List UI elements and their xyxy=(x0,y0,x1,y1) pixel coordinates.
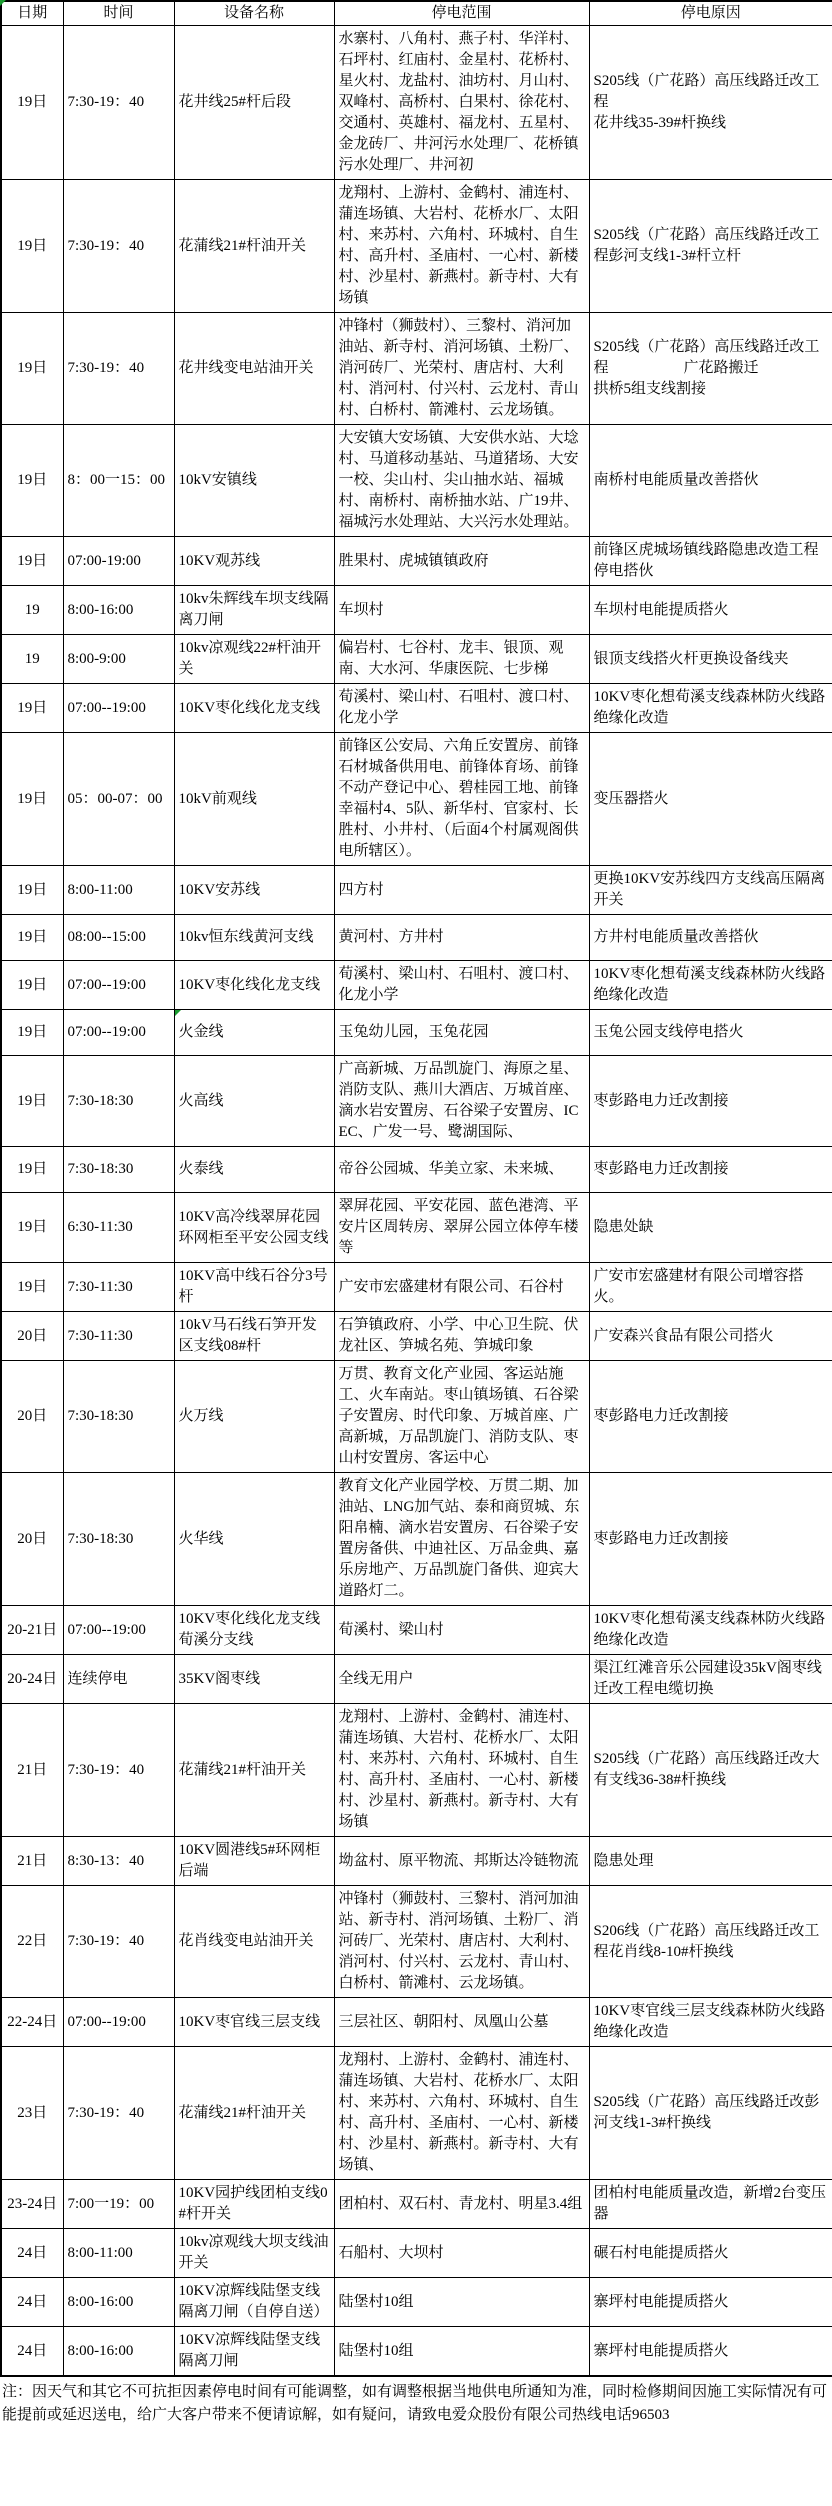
cell-reason: S205线（广花路）高压线路迁改工程彭河支线1-3#杆立杆 xyxy=(589,180,832,313)
table-row: 19日8：00一15：0010kV安镇线大安镇大安场镇、大安供水站、大埝村、马道… xyxy=(1,425,832,537)
cell-time: 8:00-16:00 xyxy=(63,2327,174,2377)
cell-scope: 龙翔村、上游村、金鹤村、浦连村、蒲连场镇、大岩村、花桥水厂、太阳村、来苏村、六角… xyxy=(334,1704,589,1837)
cell-date: 19日 xyxy=(1,26,63,180)
cell-scope: 教育文化产业园学校、万贯二期、加油站、LNG加气站、泰和商贸城、东阳帛楠、滴水岩… xyxy=(334,1473,589,1606)
cell-scope: 冲锋村（狮鼓村）、三黎村、消河加油站、新寺村、消河场镇、土粉厂、消河砖厂、光荣村… xyxy=(334,313,589,425)
cell-date: 20日 xyxy=(1,1312,63,1361)
cell-scope: 荀溪村、梁山村 xyxy=(334,1606,589,1655)
table-row: 20日7:30-11:3010kV马石线石笋开发区支线08#杆石笋镇政府、小学、… xyxy=(1,1312,832,1361)
cell-time: 07:00--19:00 xyxy=(63,1010,174,1056)
cell-date: 19日 xyxy=(1,1010,63,1056)
cell-device: 花井线25#杆后段 xyxy=(174,26,334,180)
table-row: 19日7:30-11:3010KV高中线石谷分3号杆广安市宏盛建材有限公司、石谷… xyxy=(1,1263,832,1312)
cell-reason: S206线（广花路）高压线路迁改工程花肖线8-10#杆换线 xyxy=(589,1886,832,1998)
cell-date: 24日 xyxy=(1,2229,63,2278)
cell-scope: 广安市宏盛建材有限公司、石谷村 xyxy=(334,1263,589,1312)
table-row: 19日7:30-19：40花井线25#杆后段水寨村、八角村、燕子村、华洋村、石坪… xyxy=(1,26,832,180)
cell-comment-marker-icon xyxy=(175,1010,181,1016)
cell-scope: 龙翔村、上游村、金鹤村、浦连村、蒲连场镇、大岩村、花桥水厂、太阳村、来苏村、六角… xyxy=(334,180,589,313)
cell-date: 24日 xyxy=(1,2278,63,2327)
cell-date: 19日 xyxy=(1,180,63,313)
cell-time: 8:00-16:00 xyxy=(63,2278,174,2327)
cell-date: 22-24日 xyxy=(1,1998,63,2047)
cell-device: 10KV枣化线化龙支线荀溪分支线 xyxy=(174,1606,334,1655)
cell-reason: 广安森兴食品有限公司搭火 xyxy=(589,1312,832,1361)
cell-reason: 寨坪村电能提质搭火 xyxy=(589,2327,832,2377)
table-row: 24日8:00-16:0010KV凉辉线陆堡支线隔离刀闸陆堡村10组寨坪村电能提… xyxy=(1,2327,832,2377)
cell-device: 花蒲线21#杆油开关 xyxy=(174,180,334,313)
cell-reason: 隐患处理 xyxy=(589,1837,832,1886)
cell-reason: 隐患处缺 xyxy=(589,1193,832,1263)
cell-date: 19日 xyxy=(1,1263,63,1312)
table-row: 20-21日07:00--19:0010KV枣化线化龙支线荀溪分支线荀溪村、梁山… xyxy=(1,1606,832,1655)
cell-reason: 10KV枣官线三层支线森林防火线路绝缘化改造 xyxy=(589,1998,832,2047)
cell-scope: 龙翔村、上游村、金鹤村、浦连村、蒲连场镇、大岩村、花桥水厂、太阳村、来苏村、六角… xyxy=(334,2047,589,2180)
cell-time: 8:00-9:00 xyxy=(63,635,174,684)
cell-device: 火泰线 xyxy=(174,1147,334,1193)
cell-device: 花井线变电站油开关 xyxy=(174,313,334,425)
cell-time: 8:00-11:00 xyxy=(63,866,174,915)
cell-scope: 荀溪村、梁山村、石咀村、渡口村、化龙小学 xyxy=(334,684,589,733)
table-row: 22日7:30-19：40花肖线变电站油开关冲锋村（狮鼓村、三黎村、消河加油站、… xyxy=(1,1886,832,1998)
cell-time: 7:30-18:30 xyxy=(63,1361,174,1473)
cell-device: 10KV枣化线化龙支线 xyxy=(174,684,334,733)
table-row: 19日07:00--19:0010KV枣化线化龙支线荀溪村、梁山村、石咀村、渡口… xyxy=(1,961,832,1010)
cell-reason: 碾石村电能提质搭火 xyxy=(589,2229,832,2278)
cell-reason: 银顶支线搭火杆更换设备线夹 xyxy=(589,635,832,684)
cell-device: 10KV高冷线翠屏花园环网柜至平安公园支线 xyxy=(174,1193,334,1263)
cell-device: 花蒲线21#杆油开关 xyxy=(174,1704,334,1837)
cell-time: 7:30-18:30 xyxy=(63,1473,174,1606)
cell-scope: 石船村、大坝村 xyxy=(334,2229,589,2278)
table-row: 23-24日7:00一19：0010KV园护线团柏支线0#杆开关团柏村、双石村、… xyxy=(1,2180,832,2229)
cell-scope: 陆堡村10组 xyxy=(334,2327,589,2377)
cell-scope: 荀溪村、梁山村、石咀村、渡口村、化龙小学 xyxy=(334,961,589,1010)
table-row: 19日7:30-19：40花蒲线21#杆油开关龙翔村、上游村、金鹤村、浦连村、蒲… xyxy=(1,180,832,313)
table-row: 19日08:00--15:0010kv恒东线黄河支线黄河村、方井村方井村电能质量… xyxy=(1,915,832,961)
cell-date: 19日 xyxy=(1,915,63,961)
cell-date: 19日 xyxy=(1,1056,63,1147)
column-header-time: 时间 xyxy=(63,1,174,26)
table-row: 198:00-16:0010kv朱辉线车坝支线隔离刀闸车坝村车坝村电能提质搭火 xyxy=(1,586,832,635)
cell-reason: 寨坪村电能提质搭火 xyxy=(589,2278,832,2327)
column-header-date: 日期 xyxy=(1,1,63,26)
cell-reason: 10KV枣化想荀溪支线森林防火线路绝缘化改造 xyxy=(589,1606,832,1655)
table-row: 19日8:00-11:0010KV安苏线四方村更换10KV安苏线四方支线高压隔离… xyxy=(1,866,832,915)
table-header-row: 日期 时间 设备名称 停电范围 停电原因 xyxy=(1,1,832,26)
cell-device: 花肖线变电站油开关 xyxy=(174,1886,334,1998)
cell-time: 7:30-19：40 xyxy=(63,1704,174,1837)
cell-reason: 方井村电能质量改善搭伙 xyxy=(589,915,832,961)
cell-time: 07:00--19:00 xyxy=(63,1998,174,2047)
cell-device: 10KV枣官线三层支线 xyxy=(174,1998,334,2047)
cell-date: 24日 xyxy=(1,2327,63,2377)
cell-device: 10KV凉辉线陆堡支线隔离刀闸 xyxy=(174,2327,334,2377)
cell-time: 07:00--19:00 xyxy=(63,1606,174,1655)
cell-date: 19日 xyxy=(1,425,63,537)
cell-time: 05：00-07：00 xyxy=(63,733,174,866)
cell-date: 21日 xyxy=(1,1704,63,1837)
cell-date: 19日 xyxy=(1,537,63,586)
table-row: 20日7:30-18:30火万线万贯、教育文化产业园、客运站施工、火车南站。枣山… xyxy=(1,1361,832,1473)
cell-scope: 帝谷公园城、华美立家、未来城、 xyxy=(334,1147,589,1193)
table-row: 20-24日连续停电35KV阁枣线全线无用户渠江红滩音乐公园建设35kV阁枣线迁… xyxy=(1,1655,832,1704)
table-row: 21日7:30-19：40花蒲线21#杆油开关龙翔村、上游村、金鹤村、浦连村、蒲… xyxy=(1,1704,832,1837)
cell-date: 20-24日 xyxy=(1,1655,63,1704)
cell-time: 7:30-19：40 xyxy=(63,180,174,313)
table-row: 19日7:30-18:30火泰线帝谷公园城、华美立家、未来城、枣彭路电力迁改割接 xyxy=(1,1147,832,1193)
cell-device: 10kv凉观线22#杆油开关 xyxy=(174,635,334,684)
cell-scope: 万贯、教育文化产业园、客运站施工、火车南站。枣山镇场镇、石谷梁子安置房、时代印象… xyxy=(334,1361,589,1473)
cell-time: 7:30-11:30 xyxy=(63,1312,174,1361)
table-row: 24日8:00-11:0010kv凉观线大坝支线油开关石船村、大坝村碾石村电能提… xyxy=(1,2229,832,2278)
cell-reason: 南桥村电能质量改善搭伙 xyxy=(589,425,832,537)
column-header-scope: 停电范围 xyxy=(334,1,589,26)
cell-scope: 陆堡村10组 xyxy=(334,2278,589,2327)
cell-reason: 前锋区虎城场镇线路隐患改造工程停电搭伙 xyxy=(589,537,832,586)
table-row: 20日7:30-18:30火华线教育文化产业园学校、万贯二期、加油站、LNG加气… xyxy=(1,1473,832,1606)
cell-device: 10KV高中线石谷分3号杆 xyxy=(174,1263,334,1312)
cell-date: 21日 xyxy=(1,1837,63,1886)
column-header-device: 设备名称 xyxy=(174,1,334,26)
cell-reason: 渠江红滩音乐公园建设35kV阁枣线迁改工程电缆切换 xyxy=(589,1655,832,1704)
table-header: 日期 时间 设备名称 停电范围 停电原因 xyxy=(1,1,832,26)
power-outage-notice-page: 日期 时间 设备名称 停电范围 停电原因 19日7:30-19：40花井线25#… xyxy=(0,0,832,2427)
table-row: 19日05：00-07：0010kV前观线前锋区公安局、六角丘安置房、前锋石材城… xyxy=(1,733,832,866)
cell-date: 20-21日 xyxy=(1,1606,63,1655)
cell-device: 10kV马石线石笋开发区支线08#杆 xyxy=(174,1312,334,1361)
cell-time: 6:30-11:30 xyxy=(63,1193,174,1263)
table-row: 24日8:00-16:0010KV凉辉线陆堡支线隔离刀闸（自停自送）陆堡村10组… xyxy=(1,2278,832,2327)
cell-time: 08:00--15:00 xyxy=(63,915,174,961)
table-row: 19日07:00-19:0010KV观苏线胜果村、虎城镇镇政府前锋区虎城场镇线路… xyxy=(1,537,832,586)
cell-reason: 团柏村电能质量改造，新增2台变压器 xyxy=(589,2180,832,2229)
cell-date: 19日 xyxy=(1,684,63,733)
cell-reason: S205线（广花路）高压线路迁改大有支线36-38#杆换线 xyxy=(589,1704,832,1837)
cell-device: 花蒲线21#杆油开关 xyxy=(174,2047,334,2180)
cell-scope: 偏岩村、七谷村、龙丰、银顶、观南、大水河、华康医院、七步梯 xyxy=(334,635,589,684)
cell-device: 10KV安苏线 xyxy=(174,866,334,915)
cell-scope: 团柏村、双石村、青龙村、明星3.4组 xyxy=(334,2180,589,2229)
cell-reason: 更换10KV安苏线四方支线高压隔离开关 xyxy=(589,866,832,915)
cell-reason: 玉兔公园支线停电搭火 xyxy=(589,1010,832,1056)
cell-time: 7:00一19：00 xyxy=(63,2180,174,2229)
power-outage-table: 日期 时间 设备名称 停电范围 停电原因 19日7:30-19：40花井线25#… xyxy=(0,0,832,2377)
cell-scope: 翠屏花园、平安花园、蓝色港湾、平安片区周转房、翠屏公园立体停车楼等 xyxy=(334,1193,589,1263)
cell-date: 20日 xyxy=(1,1361,63,1473)
cell-date: 23-24日 xyxy=(1,2180,63,2229)
table-row: 23日7:30-19：40花蒲线21#杆油开关龙翔村、上游村、金鹤村、浦连村、蒲… xyxy=(1,2047,832,2180)
table-row: 19日07:00--19:0010KV枣化线化龙支线荀溪村、梁山村、石咀村、渡口… xyxy=(1,684,832,733)
cell-device: 10kv凉观线大坝支线油开关 xyxy=(174,2229,334,2278)
cell-date: 20日 xyxy=(1,1473,63,1606)
cell-device: 10KV枣化线化龙支线 xyxy=(174,961,334,1010)
cell-scope: 玉兔幼儿园，玉兔花园 xyxy=(334,1010,589,1056)
cell-time: 07:00--19:00 xyxy=(63,684,174,733)
cell-reason: 枣彭路电力迁改割接 xyxy=(589,1473,832,1606)
cell-time: 7:30-11:30 xyxy=(63,1263,174,1312)
cell-date: 23日 xyxy=(1,2047,63,2180)
cell-time: 7:30-19：40 xyxy=(63,2047,174,2180)
table-row: 198:00-9:0010kv凉观线22#杆油开关偏岩村、七谷村、龙丰、银顶、观… xyxy=(1,635,832,684)
table-row: 22-24日07:00--19:0010KV枣官线三层支线三层社区、朝阳村、凤凰… xyxy=(1,1998,832,2047)
cell-scope: 水寨村、八角村、燕子村、华洋村、石坪村、红庙村、金星村、花桥村、星火村、龙盐村、… xyxy=(334,26,589,180)
cell-date: 19 xyxy=(1,635,63,684)
cell-scope: 广高新城、万品凯旋门、海原之星、消防支队、燕川大酒店、万城首座、滴水岩安置房、石… xyxy=(334,1056,589,1147)
cell-time: 7:30-19：40 xyxy=(63,313,174,425)
cell-reason: 车坝村电能提质搭火 xyxy=(589,586,832,635)
table-row: 19日7:30-18:30火高线广高新城、万品凯旋门、海原之星、消防支队、燕川大… xyxy=(1,1056,832,1147)
cell-reason: S205线（广花路）高压线路迁改工程 广花路搬迁 拱桥5组支线割接 xyxy=(589,313,832,425)
cell-scope: 坳盆村、原平物流、邦斯达冷链物流 xyxy=(334,1837,589,1886)
cell-date: 19日 xyxy=(1,1147,63,1193)
cell-device: 10KV圆港线5#环网柜后端 xyxy=(174,1837,334,1886)
cell-device: 35KV阁枣线 xyxy=(174,1655,334,1704)
footer-note: 注：因天气和其它不可抗拒因素停电时间有可能调整，如有调整根据当地供电所通知为准，… xyxy=(2,2381,830,2427)
cell-device: 火高线 xyxy=(174,1056,334,1147)
cell-scope: 前锋区公安局、六角丘安置房、前锋石材城备供用电、前锋体育场、前锋不动产登记中心、… xyxy=(334,733,589,866)
cell-reason: 枣彭路电力迁改割接 xyxy=(589,1056,832,1147)
cell-time: 7:30-18:30 xyxy=(63,1056,174,1147)
sheet-corner-marker-icon xyxy=(0,0,6,6)
cell-reason: 变压器搭火 xyxy=(589,733,832,866)
cell-reason: 枣彭路电力迁改割接 xyxy=(589,1361,832,1473)
cell-device: 10kv朱辉线车坝支线隔离刀闸 xyxy=(174,586,334,635)
cell-reason: 10KV枣化想荀溪支线森林防火线路绝缘化改造 xyxy=(589,684,832,733)
cell-device: 10KV观苏线 xyxy=(174,537,334,586)
cell-date: 19日 xyxy=(1,866,63,915)
table-body: 19日7:30-19：40花井线25#杆后段水寨村、八角村、燕子村、华洋村、石坪… xyxy=(1,26,832,2377)
cell-scope: 黄河村、方井村 xyxy=(334,915,589,961)
cell-scope: 胜果村、虎城镇镇政府 xyxy=(334,537,589,586)
cell-device: 10kv恒东线黄河支线 xyxy=(174,915,334,961)
cell-time: 7:30-19：40 xyxy=(63,26,174,180)
cell-device: 火华线 xyxy=(174,1473,334,1606)
cell-time: 7:30-18:30 xyxy=(63,1147,174,1193)
cell-scope: 全线无用户 xyxy=(334,1655,589,1704)
column-header-reason: 停电原因 xyxy=(589,1,832,26)
cell-device: 10kV安镇线 xyxy=(174,425,334,537)
cell-scope: 三层社区、朝阳村、凤凰山公墓 xyxy=(334,1998,589,2047)
cell-device: 火万线 xyxy=(174,1361,334,1473)
cell-date: 19日 xyxy=(1,1193,63,1263)
cell-scope: 车坝村 xyxy=(334,586,589,635)
cell-date: 22日 xyxy=(1,1886,63,1998)
cell-reason: S205线（广花路）高压线路迁改工程 花井线35-39#杆换线 xyxy=(589,26,832,180)
cell-time: 07:00-19:00 xyxy=(63,537,174,586)
table-row: 19日7:30-19：40花井线变电站油开关冲锋村（狮鼓村）、三黎村、消河加油站… xyxy=(1,313,832,425)
cell-reason: 广安市宏盛建材有限公司增容搭火。 xyxy=(589,1263,832,1312)
table-row: 21日8:30-13：4010KV圆港线5#环网柜后端坳盆村、原平物流、邦斯达冷… xyxy=(1,1837,832,1886)
cell-scope: 冲锋村（狮鼓村、三黎村、消河加油站、新寺村、消河场镇、土粉厂、消河砖厂、光荣村、… xyxy=(334,1886,589,1998)
cell-reason: 枣彭路电力迁改割接 xyxy=(589,1147,832,1193)
cell-date: 19日 xyxy=(1,733,63,866)
cell-time: 8:30-13：40 xyxy=(63,1837,174,1886)
cell-time: 07:00--19:00 xyxy=(63,961,174,1010)
cell-time: 8:00-16:00 xyxy=(63,586,174,635)
cell-device: 10KV园护线团柏支线0#杆开关 xyxy=(174,2180,334,2229)
cell-reason: 10KV枣化想荀溪支线森林防火线路绝缘化改造 xyxy=(589,961,832,1010)
cell-scope: 四方村 xyxy=(334,866,589,915)
cell-date: 19 xyxy=(1,586,63,635)
table-row: 19日6:30-11:3010KV高冷线翠屏花园环网柜至平安公园支线翠屏花园、平… xyxy=(1,1193,832,1263)
cell-scope: 石笋镇政府、小学、中心卫生院、伏龙社区、笋城名苑、笋城印象 xyxy=(334,1312,589,1361)
cell-reason: S205线（广花路）高压线路迁改彭河支线1-3#杆换线 xyxy=(589,2047,832,2180)
cell-time: 8：00一15：00 xyxy=(63,425,174,537)
cell-date: 19日 xyxy=(1,313,63,425)
cell-device: 10kV前观线 xyxy=(174,733,334,866)
cell-time: 7:30-19：40 xyxy=(63,1886,174,1998)
cell-scope: 大安镇大安场镇、大安供水站、大埝村、马道移动基站、马道猪场、大安一校、尖山村、尖… xyxy=(334,425,589,537)
cell-time: 连续停电 xyxy=(63,1655,174,1704)
cell-device: 火金线 xyxy=(174,1010,334,1056)
table-row: 19日07:00--19:00火金线玉兔幼儿园，玉兔花园玉兔公园支线停电搭火 xyxy=(1,1010,832,1056)
cell-device: 10KV凉辉线陆堡支线隔离刀闸（自停自送） xyxy=(174,2278,334,2327)
cell-date: 19日 xyxy=(1,961,63,1010)
cell-time: 8:00-11:00 xyxy=(63,2229,174,2278)
